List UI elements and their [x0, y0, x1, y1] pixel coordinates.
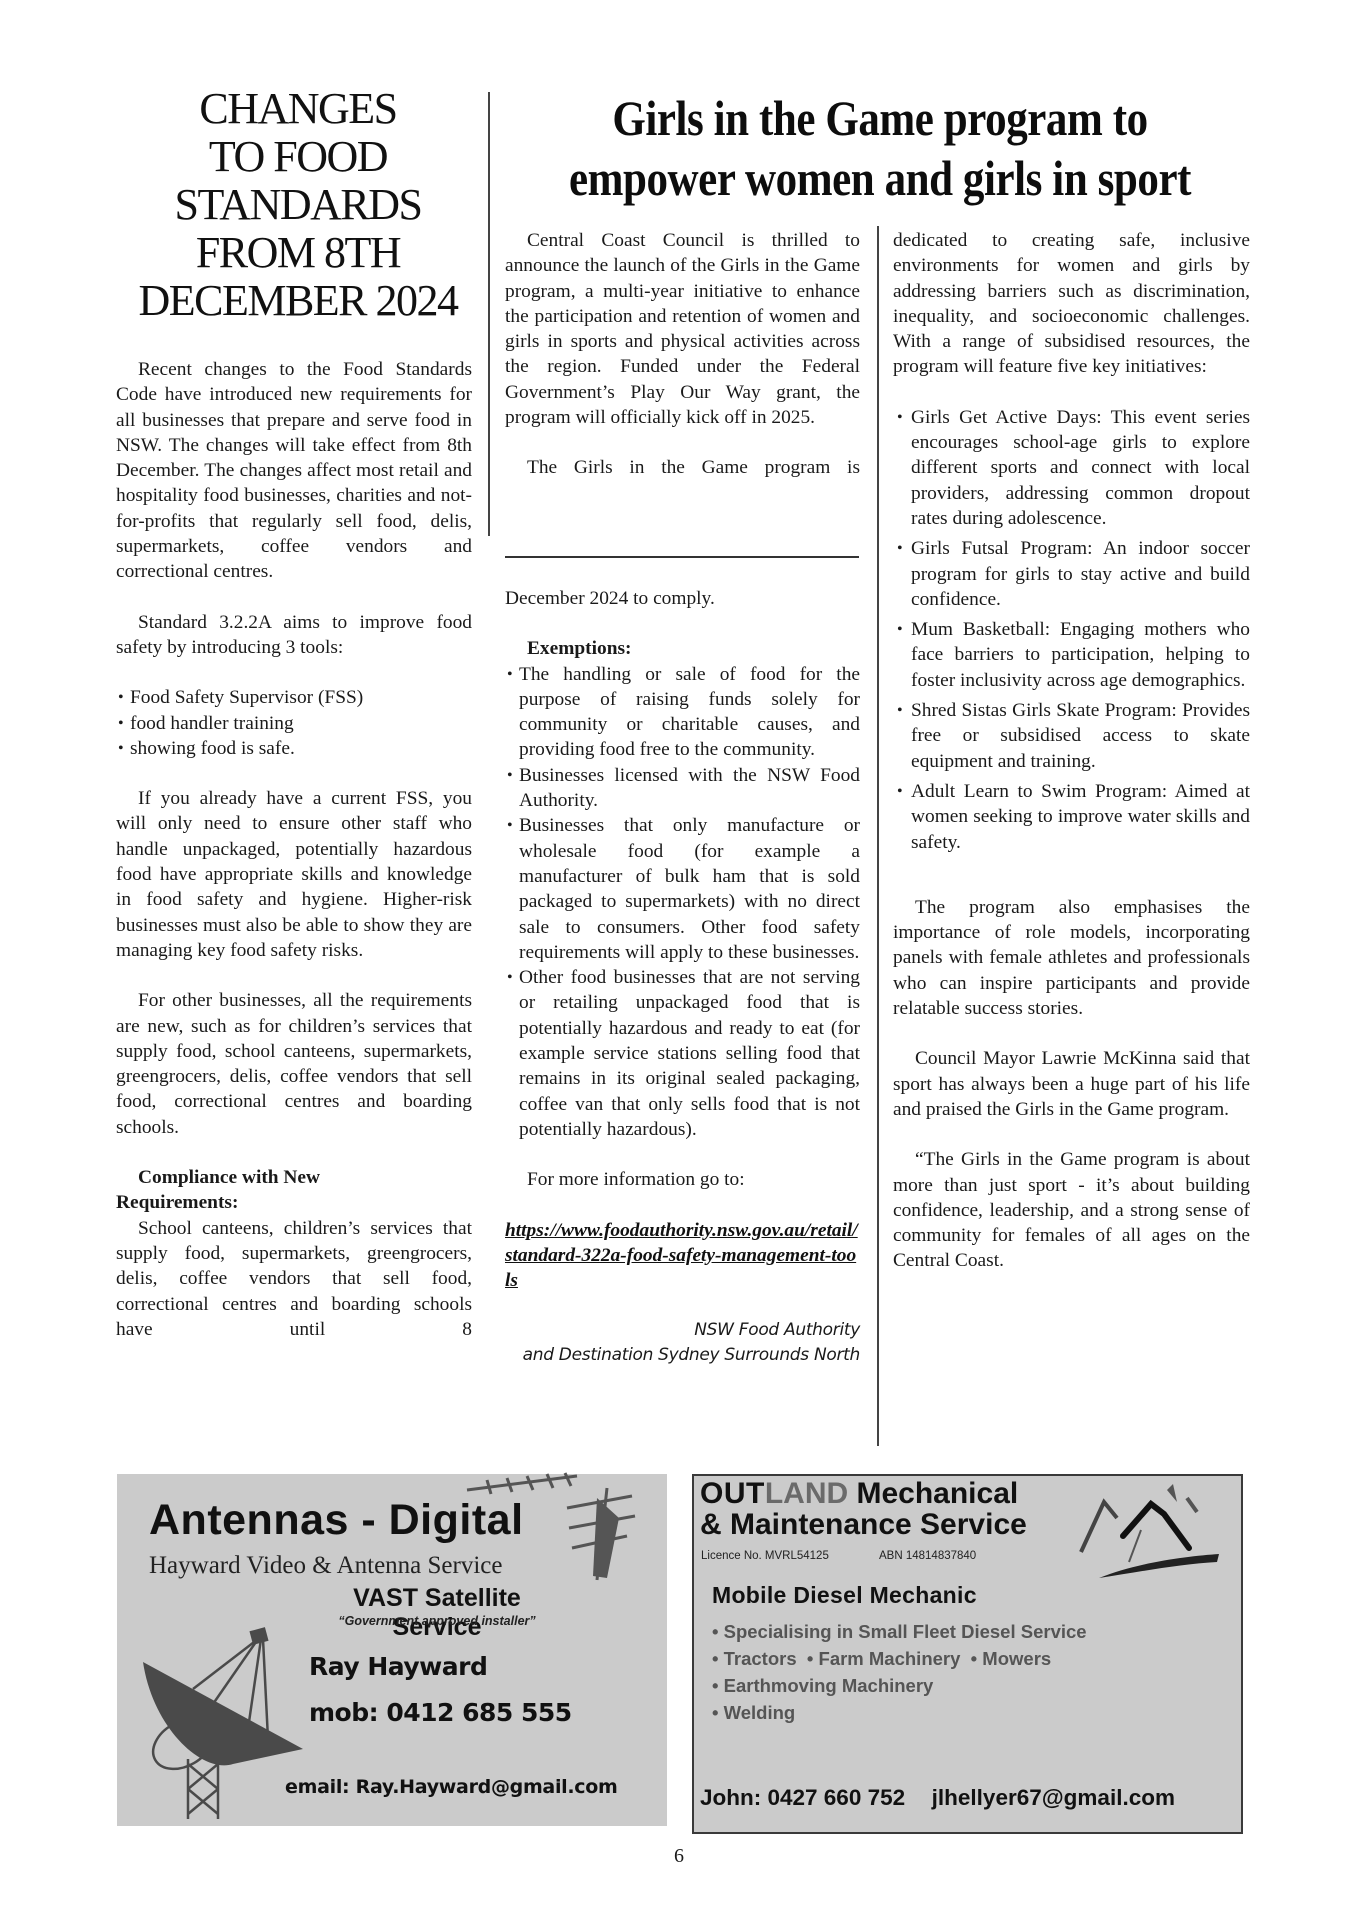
antenna-ad-email[interactable]: email: Ray.Hayward@gmail.com	[285, 1776, 618, 1798]
headline-line: Girls in the Game program to	[558, 88, 1203, 148]
brand-land: LAND	[765, 1477, 848, 1510]
food-continued-paragraph: December 2024 to comply.	[505, 586, 860, 611]
exemption-item: Businesses licensed with the NSW Food Au…	[505, 763, 860, 814]
service-item: • Specialising in Small Fleet Diesel Ser…	[712, 1618, 1087, 1645]
girls-article-headline: Girls in the Game program to empower wom…	[558, 88, 1203, 208]
outland-ad-licence: Licence No. MVRL54125	[701, 1550, 829, 1562]
mayor-quote: “The Girls in the Game program is about …	[893, 1147, 1250, 1273]
column-divider	[877, 226, 879, 1446]
exemption-item: Other food businesses that are not servi…	[505, 965, 860, 1142]
outland-ad-headline: Mobile Diesel Mechanic	[712, 1582, 977, 1609]
outland-ad-title-line2: & Maintenance Service	[700, 1509, 1027, 1541]
antenna-ad-name: Ray Hayward	[309, 1652, 487, 1681]
antenna-ad-service: VAST Satellite Service	[307, 1584, 567, 1642]
antenna-ad-subtitle: Hayward Video & Antenna Service	[149, 1552, 503, 1580]
compliance-paragraph: School canteens, children’s services tha…	[116, 1216, 472, 1342]
credit-line-2: and Destination Sydney Surrounds North	[505, 1343, 860, 1368]
headline-line: FROM 8TH	[112, 229, 484, 277]
brand-out: OUT	[700, 1477, 765, 1510]
initiative-item: Adult Learn to Swim Program: Aimed at wo…	[893, 779, 1250, 855]
girls-dedicated-paragraph: dedicated to creating safe, inclusive en…	[893, 228, 1250, 380]
food-article-headline: CHANGES TO FOOD STANDARDS FROM 8TH DECEM…	[112, 85, 484, 325]
girls-intro-paragraph: Central Coast Council is thrilled to ann…	[505, 228, 860, 430]
credit-line-1: NSW Food Authority	[505, 1318, 860, 1343]
antenna-ad-tagline: “Government approved installer”	[307, 1614, 567, 1628]
outland-ad-title: OUTLAND Mechanical	[700, 1478, 1018, 1510]
exemption-item: Businesses that only manufacture or whol…	[505, 813, 860, 965]
tv-antenna-icon	[457, 1468, 637, 1583]
mobile-number[interactable]: 0412 685 555	[386, 1698, 571, 1727]
outland-ad-contact: John: 0427 660 752 jlhellyer67@gmail.com	[700, 1785, 1175, 1811]
food-intro-paragraph: Recent changes to the Food Standards Cod…	[116, 357, 472, 585]
more-info-text: For more information go to:	[505, 1167, 860, 1192]
headline-line: DECEMBER 2024	[112, 277, 484, 325]
tool-item: food handler training	[116, 711, 472, 736]
title-rest: Mechanical	[848, 1477, 1018, 1510]
antenna-ad-mobile: mob: 0412 685 555	[309, 1698, 572, 1727]
service-item: • Tractors • Farm Machinery • Mowers	[712, 1645, 1087, 1672]
mountain-logo-icon	[1079, 1482, 1239, 1582]
contact-phone[interactable]: John: 0427 660 752	[700, 1785, 905, 1810]
headline-line: empower women and girls in sport	[558, 148, 1203, 208]
initiative-item: Girls Get Active Days: This event series…	[893, 405, 1250, 531]
initiative-item: Girls Futsal Program: An indoor soccer p…	[893, 536, 1250, 612]
other-businesses-paragraph: For other businesses, all the requiremen…	[116, 988, 472, 1140]
initiative-item: Shred Sistas Girls Skate Program: Provid…	[893, 698, 1250, 774]
contact-email[interactable]: jlhellyer67@gmail.com	[932, 1785, 1175, 1810]
headline-line: TO FOOD	[112, 133, 484, 181]
role-models-paragraph: The program also emphasises the importan…	[893, 895, 1250, 1021]
food-article-column-1: Recent changes to the Food Standards Cod…	[116, 357, 472, 1342]
outland-ad-abn: ABN 14814837840	[879, 1550, 976, 1562]
headline-line: STANDARDS	[112, 181, 484, 229]
girls-dedicated-start: The Girls in the Game program is	[505, 455, 860, 480]
antenna-ad: Antennas - Digital Hayward Video & Anten…	[117, 1474, 667, 1826]
food-authority-link[interactable]: https://www.foodauthority.nsw.gov.au/ret…	[505, 1218, 860, 1294]
girls-article-column-2: dedicated to creating safe, inclusive en…	[893, 228, 1250, 1274]
page-number: 6	[0, 1845, 1358, 1868]
tool-item: showing food is safe.	[116, 736, 472, 761]
fss-paragraph: If you already have a current FSS, you w…	[116, 786, 472, 963]
standard-paragraph: Standard 3.2.2A aims to improve food saf…	[116, 610, 472, 661]
tool-item: Food Safety Supervisor (FSS)	[116, 685, 472, 710]
mobile-label: mob:	[309, 1698, 378, 1727]
exemption-item: The handling or sale of food for the pur…	[505, 662, 860, 763]
outland-ad: OUTLAND Mechanical & Maintenance Service…	[692, 1474, 1243, 1834]
column-divider	[488, 92, 490, 536]
service-item: • Earthmoving Machinery	[712, 1672, 1087, 1699]
compliance-heading: Compliance with New Requirements:	[116, 1165, 356, 1216]
girls-article-column-1: Central Coast Council is thrilled to ann…	[505, 228, 860, 481]
article-credit: NSW Food Authority and Destination Sydne…	[505, 1318, 860, 1368]
headline-line: CHANGES	[112, 85, 484, 133]
outland-services-list: • Specialising in Small Fleet Diesel Ser…	[712, 1618, 1087, 1726]
tools-list: Food Safety Supervisor (FSS) food handle…	[116, 685, 472, 761]
initiative-item: Mum Basketball: Engaging mothers who fac…	[893, 617, 1250, 693]
mayor-paragraph: Council Mayor Lawrie McKinna said that s…	[893, 1046, 1250, 1122]
article-separator	[505, 556, 859, 558]
exemptions-heading: Exemptions:	[505, 636, 860, 661]
initiatives-list: Girls Get Active Days: This event series…	[893, 405, 1250, 855]
service-item: • Welding	[712, 1699, 1087, 1726]
exemptions-list: The handling or sale of food for the pur…	[505, 662, 860, 1143]
satellite-dish-icon	[133, 1599, 313, 1824]
food-article-column-2: December 2024 to comply. Exemptions: The…	[505, 586, 860, 1368]
